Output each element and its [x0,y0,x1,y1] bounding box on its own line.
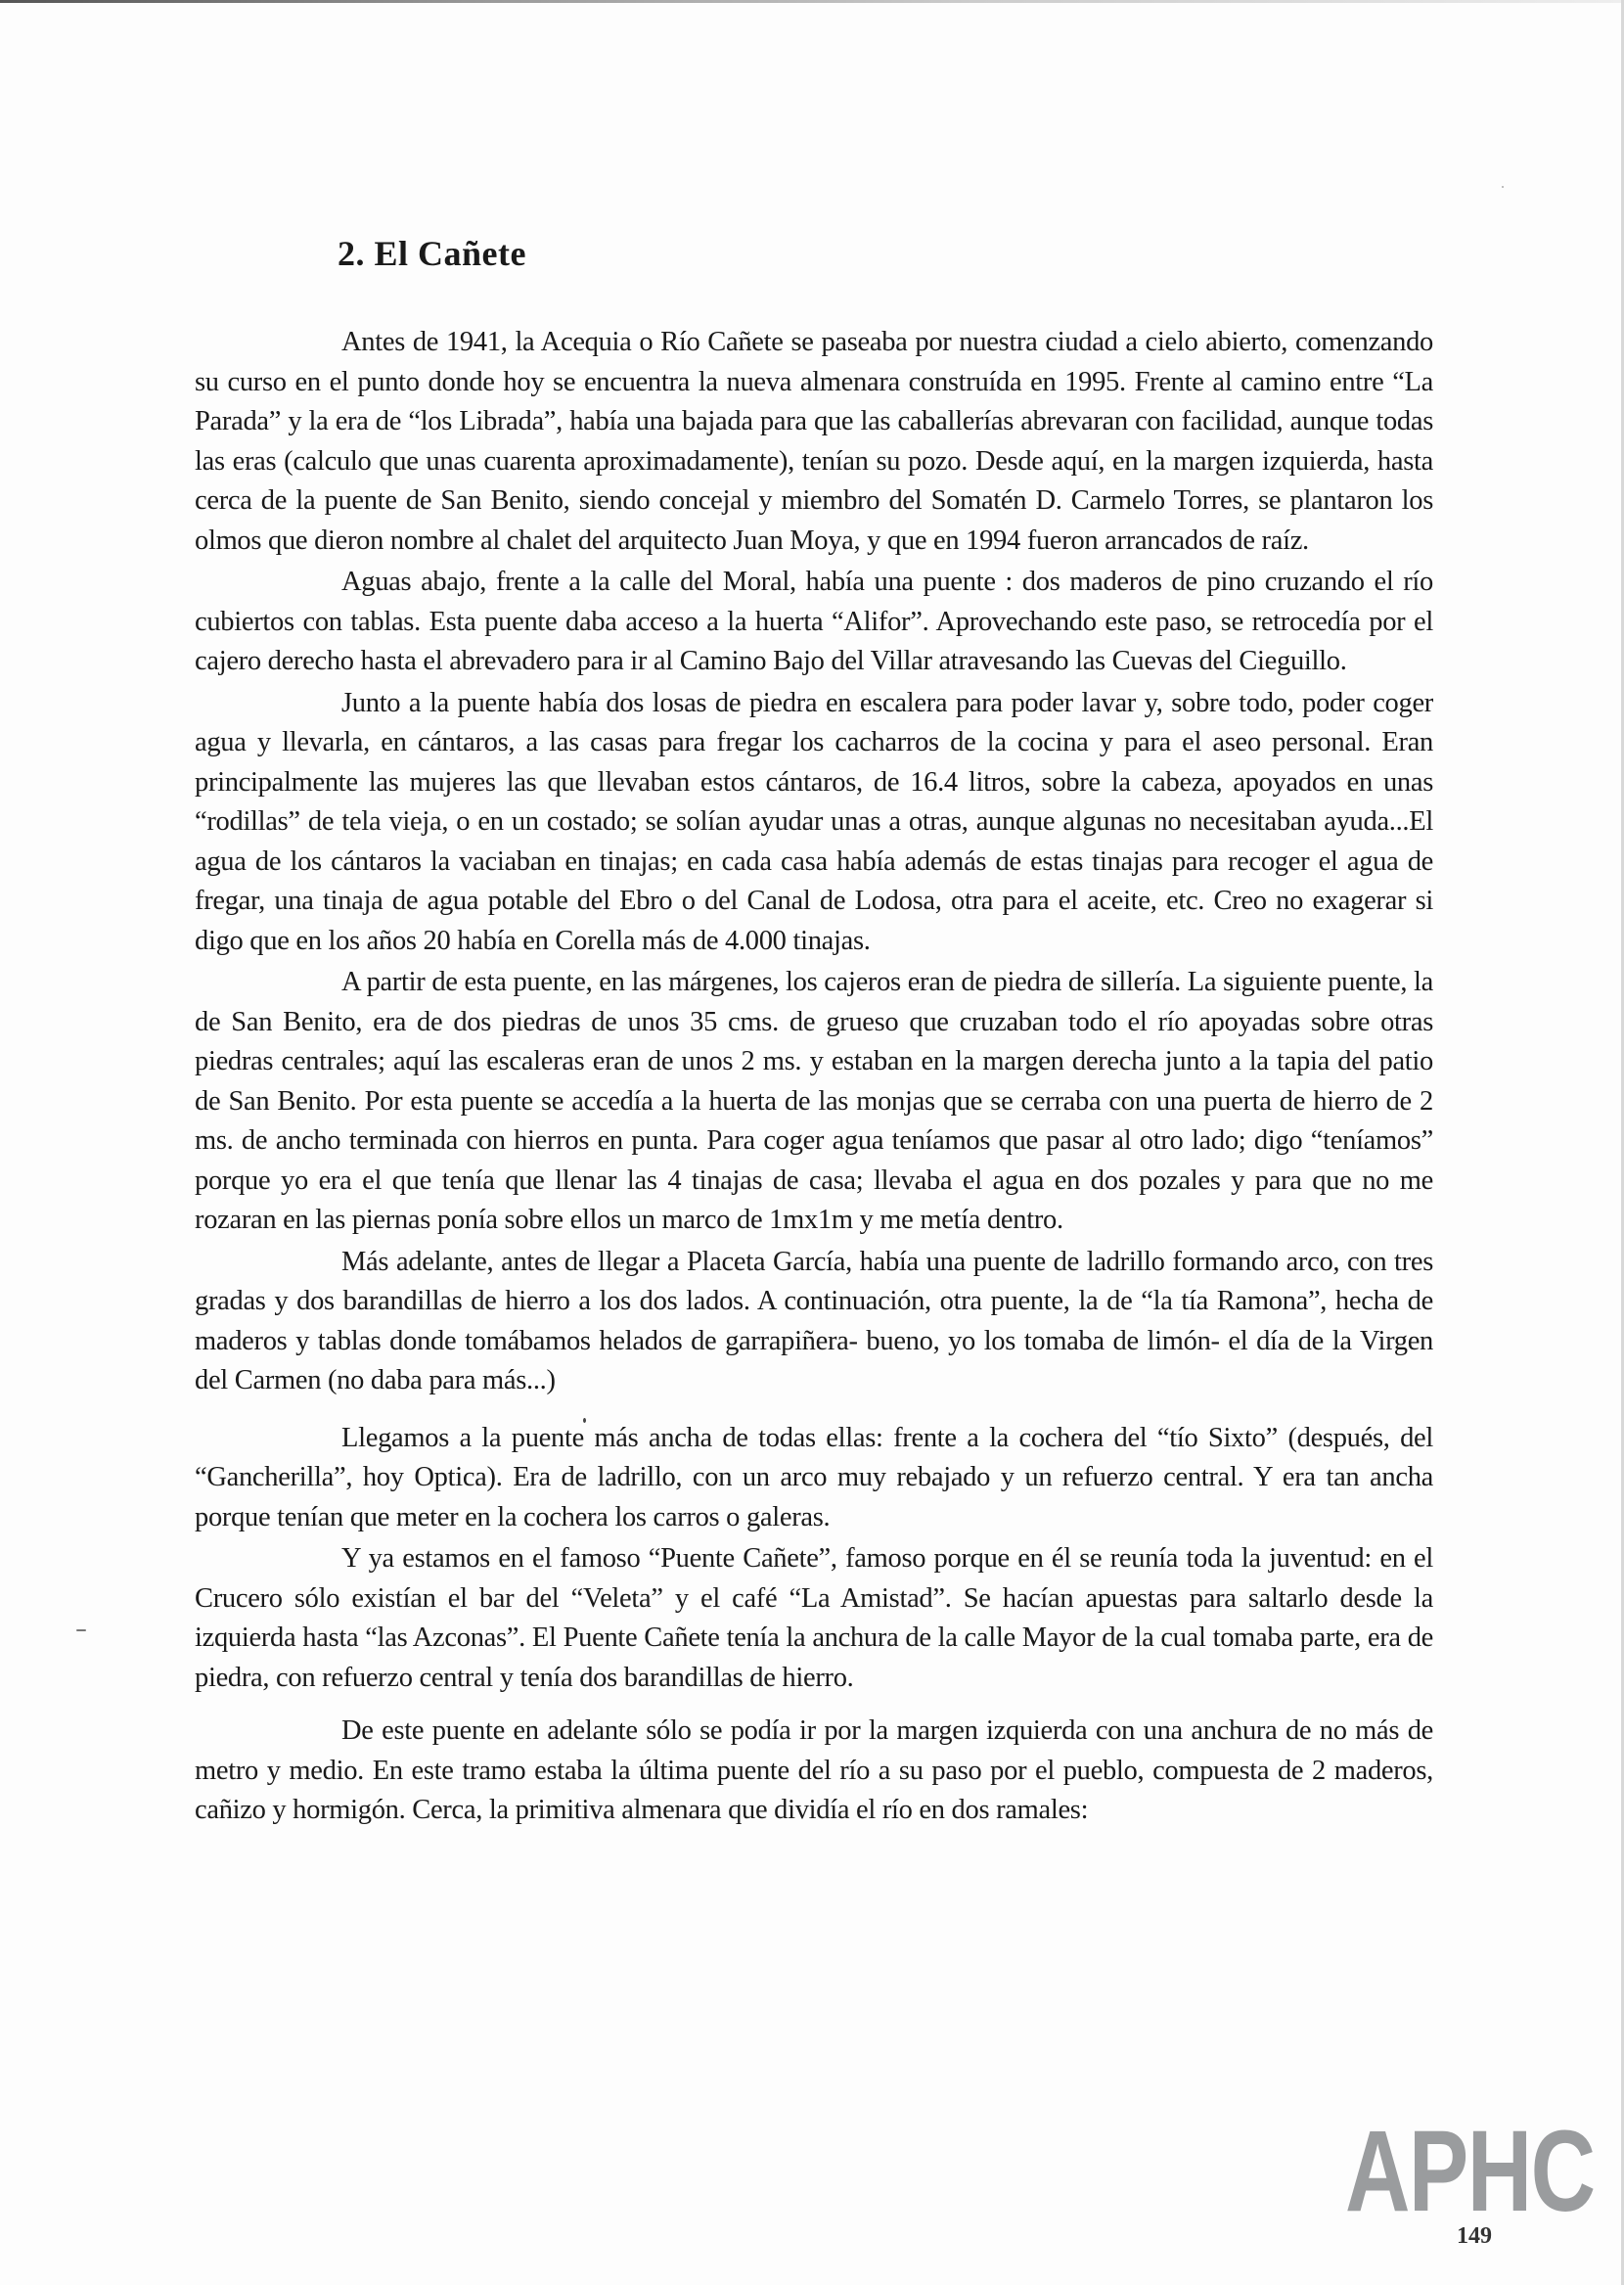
body-text: Antes de 1941, la Acequia o Río Cañete s… [195,323,1433,1831]
paragraph-2: Aguas abajo, frente a la calle del Moral… [195,563,1433,682]
paragraph-3: Junto a la puente había dos losas de pie… [195,684,1433,962]
paragraph-8: De este puente en adelante sólo se podía… [195,1712,1433,1831]
page-number: 149 [1457,2223,1492,2250]
scan-mark [76,1629,86,1631]
paragraph-5: Más adelante, antes de llegar a Placeta … [195,1243,1433,1401]
paragraph-1: Antes de 1941, la Acequia o Río Cañete s… [195,323,1433,561]
scan-edge-top [0,0,1624,3]
section-title: 2. El Cañete [338,233,526,274]
scan-speck [1502,186,1504,188]
paragraph-7: Y ya estamos en el famoso “Puente Cañete… [195,1539,1433,1698]
paragraph-6: Llegamos a la puente más ancha de todas … [195,1419,1433,1538]
scan-speck [583,1418,586,1423]
aphc-watermark-logo: APHC [1345,2114,1595,2229]
paragraph-4: A partir de esta puente, en las márgenes… [195,963,1433,1241]
